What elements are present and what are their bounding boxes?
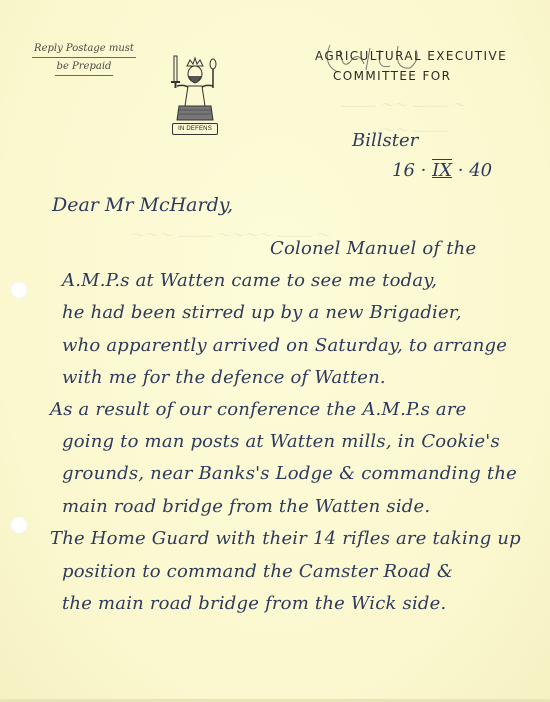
show-through-text: ⸻ ～～ ⸻ ～ — [340, 95, 465, 115]
handwritten-location: Billster — [352, 130, 418, 151]
salutation: Dear Mr McHardy, — [52, 194, 233, 216]
reply-note-line1: Reply Postage must — [32, 40, 136, 58]
letter-line: going to man posts at Watten mills, in C… — [62, 431, 500, 452]
letter-line: main road bridge from the Watten side. — [62, 496, 430, 517]
letter-line: grounds, near Banks's Lodge & commanding… — [62, 463, 517, 484]
reply-postage-note: Reply Postage must be Prepaid — [30, 40, 138, 76]
letter-line: who apparently arrived on Saturday, to a… — [62, 335, 507, 356]
letter-line: he had been stirred up by a new Brigadie… — [62, 302, 462, 323]
crest-motto: IN DEFENS — [172, 123, 218, 135]
organization-line1: AGRICULTURAL EXECUTIVE — [305, 46, 545, 66]
letter-line: Colonel Manuel of the — [270, 238, 476, 259]
punch-hole-bottom — [10, 516, 28, 534]
letter-line: position to command the Camster Road & — [62, 561, 453, 582]
letter-line: with me for the defence of Watten. — [62, 367, 386, 388]
letter-line: As a result of our conference the A.M.P.… — [50, 399, 467, 420]
organization-letterhead: AGRICULTURAL EXECUTIVE COMMITTEE FOR — [305, 46, 545, 86]
reply-note-line2: be Prepaid — [55, 58, 114, 76]
letter-line: The Home Guard with their 14 rifles are … — [50, 528, 521, 549]
organization-line2: COMMITTEE FOR — [305, 66, 545, 86]
letter-line: the main road bridge from the Wick side. — [62, 593, 446, 614]
letter-line: A.M.P.s at Watten came to see me today, — [62, 270, 437, 291]
handwritten-date: 16 · IX · 40 — [392, 160, 492, 181]
date-day: 16 — [392, 160, 415, 181]
date-year: 40 — [469, 160, 492, 181]
date-month: IX — [432, 160, 452, 181]
punch-hole-top — [10, 281, 28, 299]
